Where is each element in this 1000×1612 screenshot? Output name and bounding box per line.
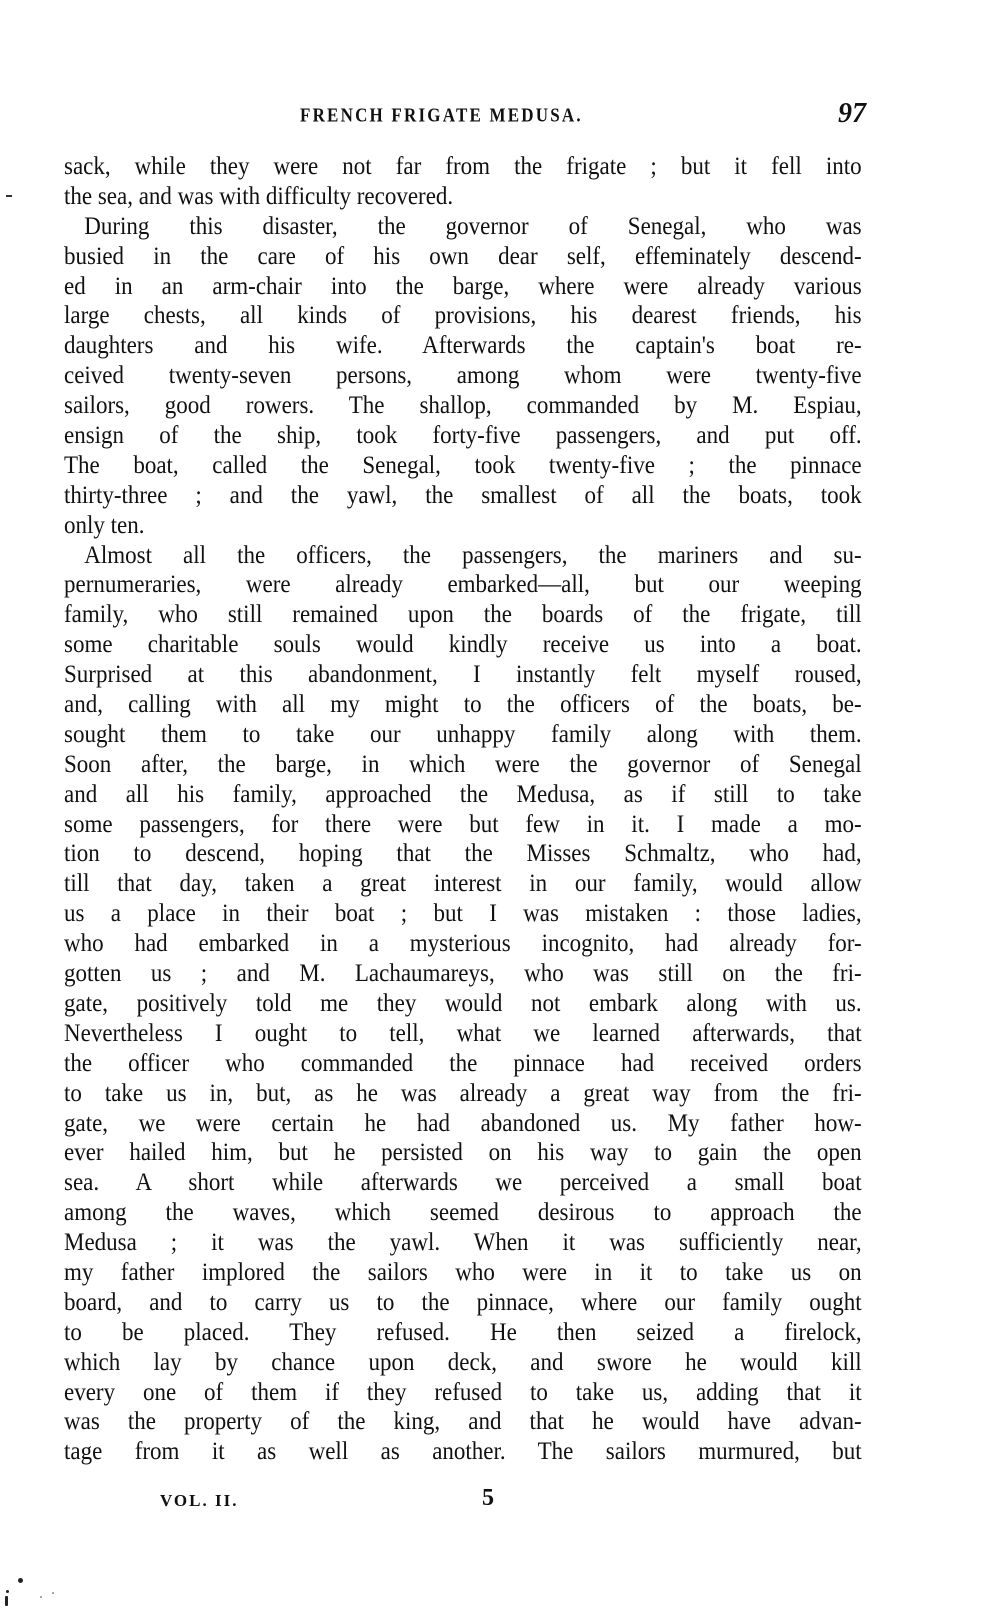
- text-line: was the property of the king, and that h…: [64, 1407, 862, 1437]
- text-line: the officer who commanded the pinnace ha…: [64, 1049, 862, 1079]
- text-line: every one of them if they refused to tak…: [64, 1378, 862, 1408]
- text-line: Medusa ; it was the yawl. When it was su…: [64, 1228, 862, 1258]
- text-line: sea. A short while afterwards we perceiv…: [64, 1168, 862, 1198]
- text-line: among the waves, which seemed desirous t…: [64, 1198, 862, 1228]
- text-line: daughters and his wife. Afterwards the c…: [64, 331, 862, 361]
- text-line: to take us in, but, as he was already a …: [64, 1079, 862, 1109]
- text-line: us a place in their boat ; but I was mis…: [64, 899, 862, 929]
- text-line: gotten us ; and M. Lachaumareys, who was…: [64, 959, 862, 989]
- page-footer: VOL. II. 5: [0, 1491, 1000, 1521]
- text-line: ed in an arm-chair into the barge, where…: [64, 272, 862, 302]
- running-head: FRENCH FRIGATE MEDUSA. 97: [0, 104, 1000, 128]
- text-line: family, who still remained upon the boar…: [64, 600, 862, 630]
- text-line: ensign of the ship, took forty-five pass…: [64, 421, 862, 451]
- text-line: my father implored the sailors who were …: [64, 1258, 862, 1288]
- margin-mark: [6, 195, 12, 197]
- volume-signature: VOL. II.: [160, 1491, 238, 1511]
- paragraph-start-line: Almost all the officers, the passengers,…: [64, 541, 862, 571]
- text-line: some charitable souls would kindly recei…: [64, 630, 862, 660]
- text-line: board, and to carry us to the pinnace, w…: [64, 1288, 862, 1318]
- text-line: and, calling with all my might to the of…: [64, 690, 862, 720]
- text-line: till that day, taken a great interest in…: [64, 869, 862, 899]
- text-line: Surprised at this abandonment, I instant…: [64, 660, 862, 690]
- text-line: to be placed. They refused. He then seiz…: [64, 1318, 862, 1348]
- book-page: FRENCH FRIGATE MEDUSA. 97 sack, while th…: [0, 0, 1000, 1612]
- text-line: who had embarked in a mysterious incogni…: [64, 929, 862, 959]
- text-line: gate, positively told me they would not …: [64, 989, 862, 1019]
- running-title: FRENCH FRIGATE MEDUSA.: [300, 104, 583, 127]
- text-line: only ten.: [64, 511, 862, 541]
- text-line: Nevertheless I ought to tell, what we le…: [64, 1019, 862, 1049]
- text-line: sack, while they were not far from the f…: [64, 152, 862, 182]
- text-line: busied in the care of his own dear self,…: [64, 242, 862, 272]
- text-line: The boat, called the Senegal, took twent…: [64, 451, 862, 481]
- text-line: ever hailed him, but he persisted on his…: [64, 1138, 862, 1168]
- text-line: Soon after, the barge, in which were the…: [64, 750, 862, 780]
- scan-specks: [0, 1570, 80, 1612]
- paragraph-start-line: During this disaster, the governor of Se…: [64, 212, 862, 242]
- text-line: tion to descend, hoping that the Misses …: [64, 839, 862, 869]
- text-line: sailors, good rowers. The shallop, comma…: [64, 391, 862, 421]
- text-line: ceived twenty-seven persons, among whom …: [64, 361, 862, 391]
- signature-mark: 5: [482, 1485, 494, 1512]
- text-line: and all his family, approached the Medus…: [64, 780, 862, 810]
- text-line: thirty-three ; and the yawl, the smalles…: [64, 481, 862, 511]
- text-line: large chests, all kinds of provisions, h…: [64, 301, 862, 331]
- text-line: which lay by chance upon deck, and swore…: [64, 1348, 862, 1378]
- text-line: some passengers, for there were but few …: [64, 810, 862, 840]
- text-line: pernumeraries, were already embarked—all…: [64, 570, 862, 600]
- text-line: tage from it as well as another. The sai…: [64, 1437, 862, 1467]
- body-text: sack, while they were not far from the f…: [64, 152, 862, 1467]
- page-number: 97: [838, 98, 866, 130]
- text-line: sought them to take our unhappy family a…: [64, 720, 862, 750]
- text-line: gate, we were certain he had abandoned u…: [64, 1109, 862, 1139]
- text-line: the sea, and was with difficulty recover…: [64, 182, 862, 212]
